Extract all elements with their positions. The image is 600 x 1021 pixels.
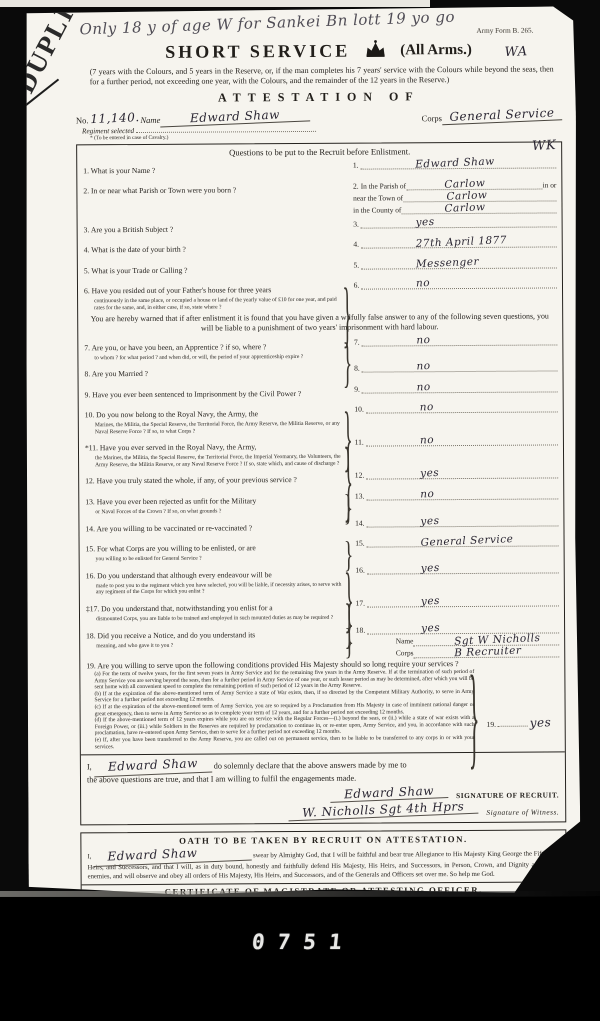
answer-band: 3. yes	[353, 216, 556, 228]
question-row: 1. What is your Name ?1. Edward Shaw	[83, 157, 556, 178]
answer-cell: 3. yes	[353, 216, 556, 235]
answer-19-value: yes	[530, 715, 552, 730]
all-arms-label: (All Arms.)	[400, 42, 472, 59]
question-cell: 3. Are you a British Subject ?	[84, 217, 354, 237]
answer-cell: 1. Edward Shaw	[353, 157, 556, 176]
question-cell: 16. Do you understand that although ever…	[86, 563, 356, 595]
question-row: ‡17. Do you understand that, notwithstan…	[86, 595, 559, 622]
answer-number: 9.	[354, 384, 360, 393]
answer-cell: 12. yes	[355, 468, 558, 487]
answer-number: 14.	[355, 518, 365, 527]
answer-line: yes	[366, 468, 558, 480]
question-row: 5. What is your Trade or Calling ?5. Mes…	[84, 257, 557, 278]
question-text: Do you now belong to the Royal Navy, the…	[96, 410, 258, 420]
answer-number: 18.	[356, 625, 366, 634]
question-19-clause: (d) If the above-mentioned term of 12 ye…	[95, 715, 475, 737]
answer-number: 15.	[355, 539, 365, 548]
question-cell: 13. Have you ever been rejected as unfit…	[85, 489, 355, 515]
answer-band: 16. yes	[355, 562, 558, 574]
recruit-signature-row: Edward Shaw SIGNATURE OF RECRUIT.	[87, 785, 559, 803]
answer-band: 10. no	[354, 402, 557, 414]
question-row: *11. Have you ever served in the Royal N…	[85, 435, 558, 468]
witness-signature-row: W. Nicholls Sgt 4th Hprs Signature of Wi…	[87, 802, 559, 820]
question-row: 13. Have you ever been rejected as unfit…	[85, 488, 558, 515]
answer-value: no	[419, 401, 434, 414]
initials-mark-corps: WK	[532, 138, 557, 154]
answer-band: 17. yes	[355, 595, 558, 607]
answer-band: 4. 27th April 1877	[353, 237, 556, 249]
question-number: 6.	[84, 287, 92, 296]
answer-cell: 6. no	[354, 278, 558, 310]
answer-band: 14. yes	[355, 515, 558, 527]
royal-crest-icon	[364, 39, 386, 62]
question-small-print: made to post you to the regiment which y…	[96, 582, 346, 596]
question-text: What is the date of your birth ?	[91, 245, 186, 255]
question-cell: 4. What is the date of your birth ?	[84, 238, 354, 258]
answer-number: 16.	[355, 565, 365, 574]
question-cell: 14. Are you willing to be vaccinated or …	[85, 516, 355, 536]
question-text: For what Corps are you willing to be enl…	[97, 543, 256, 553]
question-text: Have you truly stated the whole, if any,…	[97, 475, 297, 485]
answer-sub-line: near the Town ofCarlow	[353, 191, 556, 203]
answer-line: yes	[367, 515, 559, 527]
answer-number: 11.	[355, 438, 364, 447]
answer-cell: 8. no	[354, 361, 557, 380]
answer-cell: 18. yesName Sgt W NichollsCorps B Recrui…	[356, 622, 560, 658]
name-label: Name	[396, 637, 414, 646]
answer-value: no	[416, 277, 431, 290]
form-number: Army Form B. 265.	[477, 27, 534, 35]
question-small-print: dismounted Corps, you are liable to be t…	[96, 615, 346, 623]
answer-band: 5. Messenger	[353, 257, 556, 269]
initials-mark-top: WA	[504, 44, 528, 60]
answer-number: 3.	[353, 219, 359, 228]
brace-glyph: }	[468, 664, 480, 795]
answer-value: no	[416, 334, 431, 347]
question-19-answer-area: } 19. yes	[474, 659, 560, 748]
answer-sub-label: In the Parish of	[361, 182, 406, 191]
notice-giver-corps: B Recruiter	[454, 644, 522, 659]
answer-value: Carlow	[445, 201, 486, 215]
answer-value: no	[416, 381, 431, 394]
question-cell: 18. Did you receive a Notice, and do you…	[86, 623, 356, 660]
declaration-section: I, Edward Shaw do solemnly declare that …	[81, 752, 565, 822]
question-cell: ‡17. Do you understand that, notwithstan…	[86, 596, 356, 622]
question-cell: 5. What is your Trade or Calling ?	[84, 258, 354, 278]
answer-line: no	[366, 435, 558, 447]
answer-value: 27th April 1877	[416, 234, 508, 250]
question-cell: 15. For what Corps are you willing to be…	[86, 537, 356, 563]
answer-band: 7. no	[354, 334, 557, 346]
answer-line: Edward Shaw	[361, 157, 557, 169]
question-row: 18. Did you receive a Notice, and do you…	[86, 622, 559, 660]
answer-value: no	[420, 488, 435, 501]
answer-cell: 9. no	[354, 381, 557, 400]
answer-line: yes	[367, 562, 559, 574]
service-number-value: 11,140.	[88, 110, 141, 126]
warning-text: You are hereby warned that if after enli…	[84, 311, 555, 334]
answer-line: B Recruiter	[413, 646, 559, 658]
microfilm-counter-band: 0751	[0, 896, 600, 1021]
question-cell: 9. Have you ever been sentenced to Impri…	[85, 382, 355, 402]
no-label: No.	[76, 115, 89, 125]
question-text: Have you ever been rejected as unfit for…	[97, 496, 257, 506]
question-row: 2. In or near what Parish or Town were y…	[83, 178, 556, 217]
corps-value: General Service	[442, 105, 563, 125]
question-number: 2.	[83, 187, 91, 196]
answer-cell: 5. Messenger	[353, 257, 556, 276]
question-number: 12.	[85, 477, 96, 486]
question-cell: 6. Have you resided out of your Father's…	[84, 279, 354, 311]
question-cell: 7. Are you, or have you been, an Apprent…	[84, 335, 354, 361]
answer-value: yes	[420, 514, 440, 527]
question-number: 16.	[86, 571, 97, 580]
answer-cell: 11. no	[355, 435, 559, 467]
answer-line: no	[366, 402, 558, 414]
question-text: Have you ever been sentenced to Imprison…	[92, 389, 301, 399]
answer-band: 11. no	[355, 435, 558, 447]
answer-line: General Service	[367, 535, 559, 547]
answer-value: no	[416, 360, 431, 373]
answer-sub-line: 2. In the Parish ofCarlowin or	[353, 179, 556, 191]
question-row: 3. Are you a British Subject ?3. yes	[84, 216, 557, 237]
question-cell: 2. In or near what Parish or Town were y…	[83, 179, 353, 217]
question-row: 15. For what Corps are you willing to be…	[86, 535, 559, 562]
form-title: SHORT SERVICE	[165, 41, 350, 63]
question-small-print: to whom ? for what period ? and when did…	[94, 353, 344, 361]
question-text: Do you understand that, notwithstanding …	[101, 603, 273, 613]
answer-number: 10.	[354, 405, 364, 414]
answer-number: 5.	[353, 260, 359, 269]
question-row: 9. Have you ever been sentenced to Impri…	[85, 381, 558, 402]
answer-number: 7.	[354, 337, 360, 346]
question-number: 18.	[86, 631, 97, 640]
witness-signature: W. Nicholls Sgt 4th Hprs	[288, 799, 479, 822]
question-small-print: or Naval Forces of the Crown ? If so, on…	[95, 508, 345, 516]
answer-band: 8. no	[354, 361, 557, 373]
answer-band: 6. no	[354, 278, 557, 290]
answer-corps-line: Corps B Recruiter	[396, 646, 559, 658]
question-text: Are you willing to be vaccinated or re-v…	[96, 523, 252, 533]
question-text: What is your Trade or Calling ?	[91, 265, 187, 275]
answer-line: Sgt W Nicholls	[413, 634, 559, 646]
answer-line: no	[361, 278, 557, 290]
recruit-name-value: Edward Shaw	[160, 106, 310, 127]
question-19-clause: (e) If, after you have been transferred …	[95, 735, 475, 751]
question-text: What is your Name ?	[91, 166, 156, 175]
answer-cell: 4. 27th April 1877	[353, 237, 556, 256]
answer-number: 13.	[355, 491, 365, 500]
answer-line: no	[366, 488, 558, 500]
pencil-note: 6. by	[0, 88, 13, 122]
answer-band: 1. Edward Shaw	[353, 157, 556, 169]
question-row: 10. Do you now belong to the Royal Navy,…	[85, 402, 558, 435]
oath-body: I, Edward Shaw swear by Almighty God, th…	[87, 845, 559, 882]
answer-number: 8.	[354, 364, 360, 373]
answer-sub-label: in the County of	[353, 206, 401, 215]
questions-box: Questions to be put to the Recruit befor…	[76, 141, 566, 826]
question-number: 13.	[85, 497, 96, 506]
question-number: 10.	[85, 411, 96, 420]
question-19-clauses: (a) For the term of twelve years, for th…	[86, 669, 474, 750]
question-row: 6. Have you resided out of your Father's…	[84, 278, 557, 311]
scan-edge-artifact	[0, 0, 430, 7]
question-cell: *11. Have you ever served in the Royal N…	[85, 436, 355, 468]
frame-counter-digits: 0751	[251, 930, 356, 954]
question-text: Are you Married ?	[92, 369, 148, 378]
answer-name-line: Name Sgt W Nicholls	[396, 634, 559, 646]
answer-sub-suffix: in or	[543, 181, 557, 190]
question-row: 14. Are you willing to be vaccinated or …	[85, 515, 558, 536]
name-label: Name	[140, 115, 160, 125]
answer-line: yes	[367, 595, 559, 607]
question-row: 8. Are you Married ?8. no	[84, 361, 557, 382]
question-row: 16. Do you understand that although ever…	[86, 562, 559, 595]
answer-sub-line: in the County ofCarlow	[353, 203, 556, 215]
service-terms-text: (7 years with the Colours, and 5 years i…	[90, 64, 554, 88]
question-text: Have you ever served in the Royal Navy, …	[100, 443, 257, 453]
answer-value: Messenger	[416, 256, 480, 271]
answer-band: 13. no	[355, 488, 558, 500]
answer-cell: 10. no	[354, 402, 558, 434]
recruit-identity-line: No. 11,140. Name Edward Shaw Corps Gener…	[76, 107, 562, 125]
answer-number: 12.	[355, 471, 365, 480]
answer-band: 15. General Service	[355, 535, 558, 547]
question-number: 15.	[86, 544, 97, 553]
answer-value: yes	[415, 216, 435, 229]
answer-cell: 14. yes	[355, 515, 558, 534]
question-small-print: you willing to be enlisted for General S…	[96, 555, 346, 563]
answer-value: yes	[420, 467, 440, 480]
answer-cell: 13. no	[355, 488, 559, 513]
answer-line: yes	[361, 216, 557, 228]
answer-line: Carlow	[401, 203, 556, 215]
question-small-print: meaning, and who gave it to you ?	[96, 641, 346, 649]
answer-cell: 15. General Service	[355, 535, 559, 560]
answer-number: 2.	[353, 182, 359, 191]
brace-glyph: }	[344, 623, 353, 664]
witness-signature-label: Signature of Witness.	[486, 808, 559, 817]
answer-cell: 17. yes	[355, 595, 559, 620]
questions-list: 1. What is your Name ?1. Edward Shaw2. I…	[83, 157, 559, 660]
answer-line: 27th April 1877	[361, 237, 557, 249]
answer-number: 1.	[353, 160, 359, 169]
question-19-clause: (a) For the term of twelve years, for th…	[94, 669, 474, 691]
paper-page: DUPLICATE 6. by * If so, the Recruit is …	[23, 6, 580, 895]
question-row: 7. Are you, or have you been, an Apprent…	[84, 334, 557, 361]
question-text: Are you, or have you been, an Apprentice…	[92, 342, 267, 352]
question-number: 9.	[85, 390, 93, 399]
question-cell: 12. Have you truly stated the whole, if …	[85, 469, 355, 489]
question-row: 12. Have you truly stated the whole, if …	[85, 468, 558, 489]
answer-line: no	[362, 334, 558, 346]
answer-value: General Service	[420, 533, 513, 549]
question-text: Are you a British Subject ?	[91, 225, 174, 235]
corps-label: Corps	[396, 649, 414, 658]
question-small-print: Marines, the Militia, the Special Reserv…	[95, 421, 345, 435]
question-text: Did you receive a Notice, and do you und…	[97, 630, 255, 640]
question-number: 14.	[85, 524, 96, 533]
scanned-attestation-document: DUPLICATE 6. by * If so, the Recruit is …	[0, 0, 600, 1021]
question-cell: 8. Are you Married ?	[84, 362, 354, 382]
answer-cell: 7. no	[354, 334, 558, 359]
answer-band: 12. yes	[355, 468, 558, 480]
answer-name-corps: Name Sgt W NichollsCorps B Recruiter	[396, 634, 560, 658]
answer-value: yes	[420, 562, 440, 575]
attestation-of-heading: ATTESTATION OF	[76, 88, 562, 106]
question-small-print: continuously in the same place, or occup…	[94, 297, 344, 311]
question-text: Have you resided out of your Father's ho…	[92, 285, 272, 295]
question-text: Do you understand that although every en…	[97, 570, 272, 580]
answer-band: 9. no	[354, 381, 557, 393]
question-number: *11.	[85, 444, 100, 453]
answer-number: 6.	[354, 281, 360, 290]
answer-value: yes	[421, 621, 441, 634]
answer-line: no	[362, 381, 558, 393]
answer-value: Edward Shaw	[415, 155, 495, 170]
question-cell: 1. What is your Name ?	[83, 158, 353, 178]
question-cell: 10. Do you now belong to the Royal Navy,…	[85, 403, 355, 435]
answer-value: no	[419, 434, 434, 447]
question-number: ‡17.	[86, 604, 101, 613]
question-row: 4. What is the date of your birth ?4. 27…	[84, 237, 557, 258]
answer-number: 4.	[353, 240, 359, 249]
question-small-print: the Marines, the Militia, the Special Re…	[95, 454, 345, 468]
answer-line: no	[362, 361, 558, 373]
scan-edge-artifact	[0, 891, 600, 897]
answer-line: Messenger	[361, 257, 557, 269]
question-19: 19. Are you willing to serve upon the fo…	[86, 659, 560, 750]
answer-cell: 16. yes	[355, 562, 559, 594]
corps-label: Corps	[422, 113, 442, 123]
answer-sub-label: near the Town of	[353, 194, 403, 203]
answer-number: 17.	[356, 598, 366, 607]
answer-cell: 2. In the Parish ofCarlowin ornear the T…	[353, 178, 557, 215]
answer-value: yes	[421, 595, 441, 608]
question-text: In or near what Parish or Town were you …	[91, 186, 236, 196]
